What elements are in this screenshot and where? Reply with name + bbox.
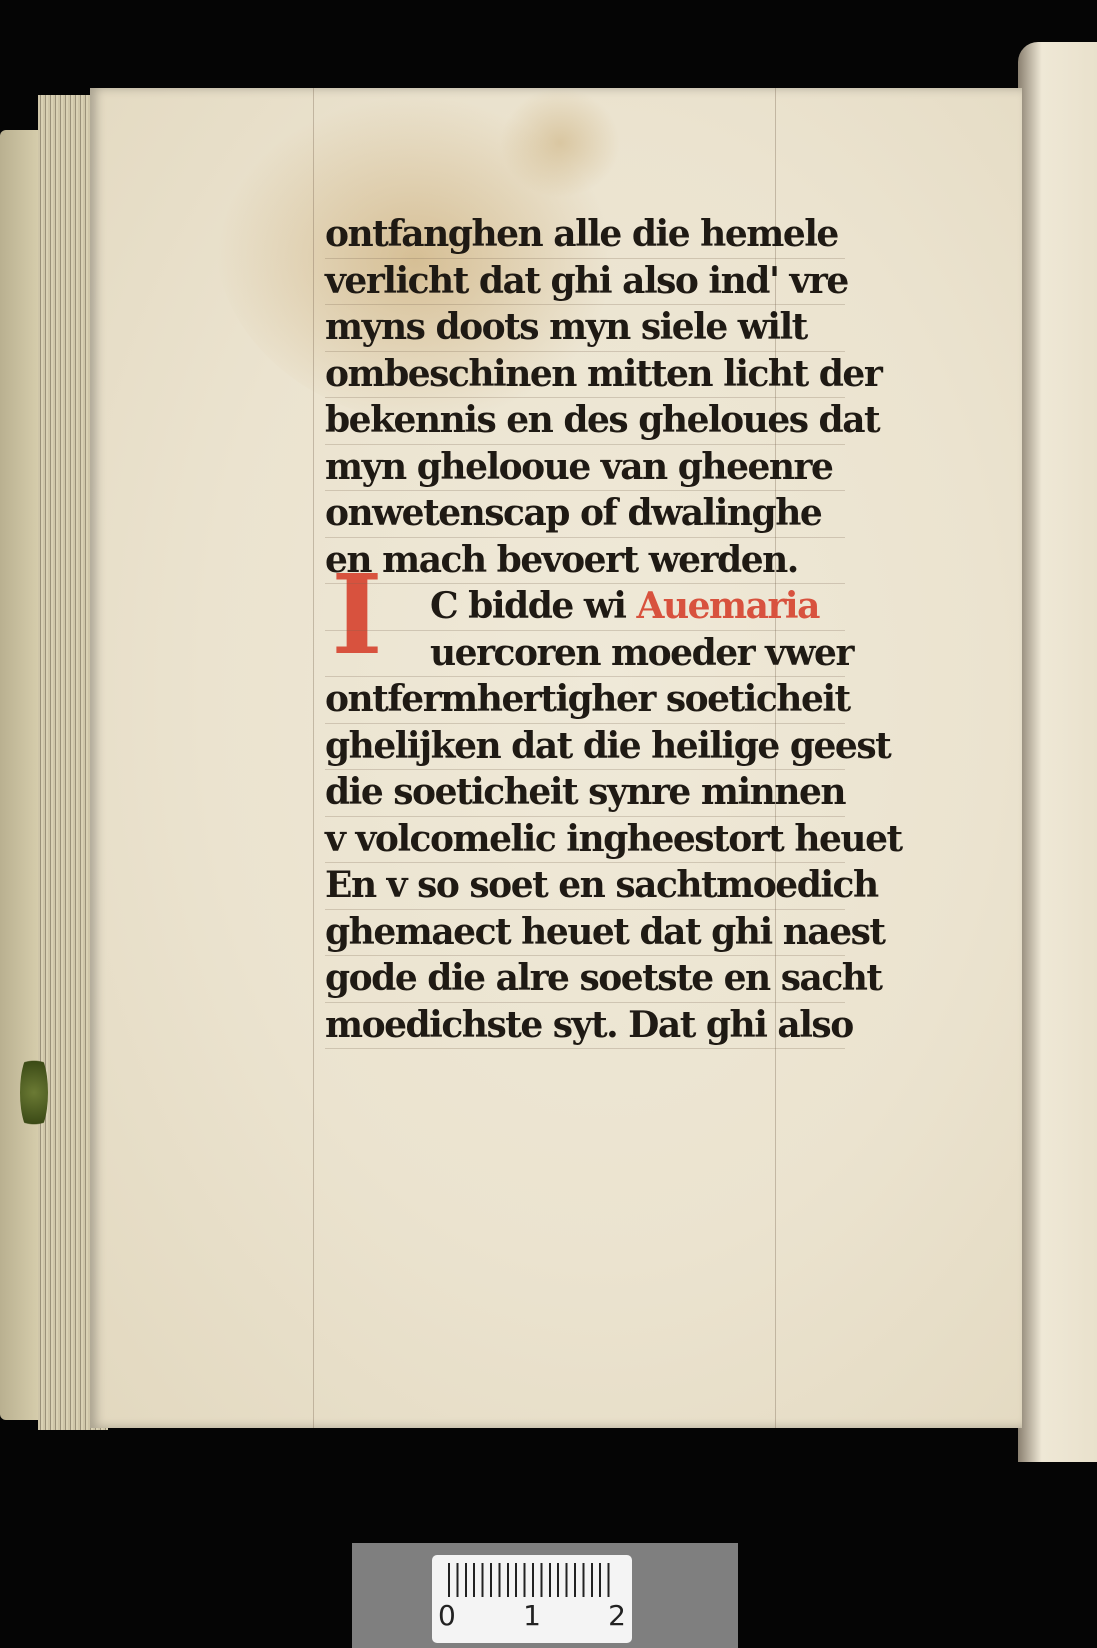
line-text: En v so soet en sachtmoedich (325, 864, 878, 906)
water-stain-top (500, 88, 620, 198)
ruler-labels: 0 1 2 (438, 1599, 626, 1632)
ruler-label-2: 2 (608, 1599, 626, 1632)
text-line: ghemaect heuet dat ghi naest (325, 910, 845, 957)
line-text: myn ghelooue van gheenre (325, 446, 832, 488)
line-text: bekennis en des gheloues dat (325, 399, 879, 441)
scale-ruler: 0 1 2 (432, 1555, 632, 1643)
ruling-line-left (313, 88, 314, 1428)
line-text: ontfanghen alle die hemele (325, 213, 838, 255)
text-line: ontfermhertigher soeticheit (325, 677, 845, 724)
line-text: moedichste syt. Dat ghi also (325, 1004, 853, 1046)
text-line: uercoren moeder vwer (325, 631, 845, 678)
ruler-label-1: 1 (523, 1599, 541, 1632)
text-column: ontfanghen alle die hemeleverlicht dat g… (325, 212, 845, 1049)
text-line: myn ghelooue van gheenre (325, 445, 845, 492)
text-line: die soeticheit synre minnen (325, 770, 845, 817)
ruler-ticks (448, 1563, 616, 1597)
line-text: gode die alre soetste en sacht (325, 957, 882, 999)
line-text: ontfermhertigher soeticheit (325, 678, 850, 720)
text-line: en mach bevoert werden. (325, 538, 845, 585)
text-line: C bidde wi Auemaria (325, 584, 845, 631)
line-text: uercoren moeder vwer (430, 632, 853, 674)
text-line: onwetenscap of dwalinghe (325, 491, 845, 538)
text-line: myns doots myn siele wilt (325, 305, 845, 352)
line-text: en mach bevoert werden. (325, 539, 798, 581)
text-line: gode die alre soetste en sacht (325, 956, 845, 1003)
line-text: myns doots myn siele wilt (325, 306, 807, 348)
text-line: ghelijken dat die heilige geest (325, 724, 845, 771)
text-line: bekennis en des gheloues dat (325, 398, 845, 445)
text-line: En v so soet en sachtmoedich (325, 863, 845, 910)
text-line: ombeschinen mitten licht der (325, 352, 845, 399)
ruler-label-0: 0 (438, 1599, 456, 1632)
line-text: verlicht dat ghi also ind' vre (325, 260, 848, 302)
text-line: ontfanghen alle die hemele (325, 212, 845, 259)
line-text: v volcomelic ingheestort heuet (325, 818, 902, 860)
line-text: ghelijken dat die heilige geest (325, 725, 890, 767)
rubric-text: Auemaria (637, 585, 819, 627)
facing-page-edge (1018, 42, 1097, 1462)
line-text: ghemaect heuet dat ghi naest (325, 911, 885, 953)
line-text: onwetenscap of dwalinghe (325, 492, 821, 534)
text-line: moedichste syt. Dat ghi also (325, 1003, 845, 1050)
line-text: ombeschinen mitten licht der (325, 353, 881, 395)
text-line: verlicht dat ghi also ind' vre (325, 259, 845, 306)
line-text: C bidde wi (430, 585, 637, 627)
green-stain (20, 1050, 48, 1135)
line-text: die soeticheit synre minnen (325, 771, 845, 813)
text-line: v volcomelic ingheestort heuet (325, 817, 845, 864)
